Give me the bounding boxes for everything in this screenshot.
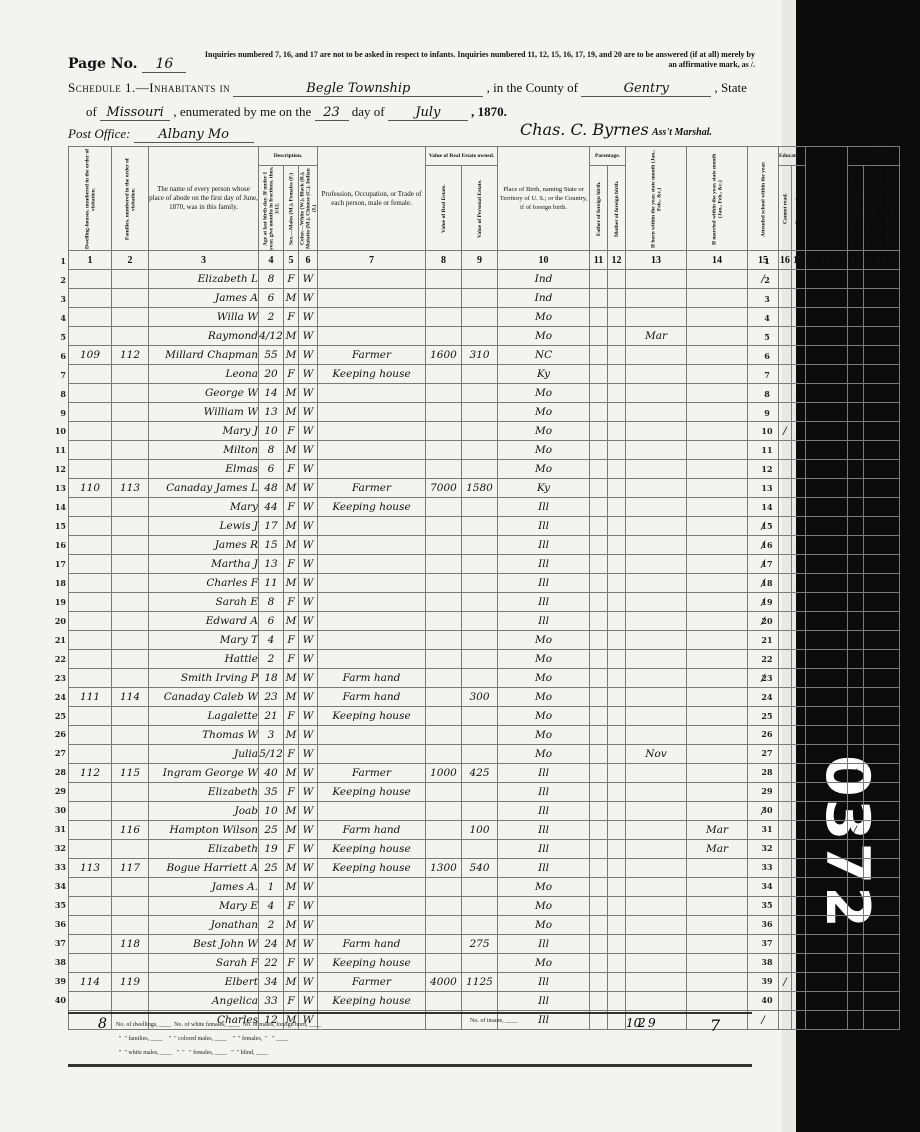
line-number: 21 [52, 631, 66, 650]
cell-c20 [863, 498, 899, 517]
cell-pe: 1125 [462, 973, 498, 992]
cell-dw: 112 [69, 764, 112, 783]
cell-re [426, 612, 462, 631]
cell-c14 [687, 935, 748, 954]
cell-c19 [847, 631, 863, 650]
cell-c18 [805, 783, 847, 802]
cell-write [791, 821, 805, 840]
cell-c20 [863, 384, 899, 403]
column-number: 3 [149, 251, 259, 270]
column-number: 10 [498, 251, 590, 270]
cell-birth: Ill [498, 555, 590, 574]
cell-occ: Keeping house [318, 707, 426, 726]
cell-occ: Keeping house [318, 992, 426, 1011]
cell-c20 [863, 270, 899, 289]
cell-occ [318, 745, 426, 764]
cell-c14 [687, 783, 748, 802]
cell-read [779, 460, 792, 479]
cell-sex: F [284, 650, 299, 669]
cell-pe [462, 745, 498, 764]
cell-name: Canaday James L [149, 479, 259, 498]
cell-pe [462, 384, 498, 403]
cell-f11 [590, 726, 608, 745]
cell-read [779, 688, 792, 707]
cell-re [426, 384, 462, 403]
cell-pe [462, 916, 498, 935]
cell-c19: / [847, 973, 863, 992]
cell-re [426, 403, 462, 422]
cell-f12 [608, 745, 626, 764]
cell-pe [462, 498, 498, 517]
cell-occ: Keeping house [318, 840, 426, 859]
cell-sex: M [284, 878, 299, 897]
cell-c14 [687, 916, 748, 935]
cell-c20 [863, 403, 899, 422]
cell-c14 [687, 764, 748, 783]
cell-write [791, 631, 805, 650]
cell-c14 [687, 479, 748, 498]
cell-c18 [805, 327, 847, 346]
cell-birth: NC [498, 346, 590, 365]
col-header-vote-denied: Male Citizens of U. S. of 21 years of ag… [863, 166, 899, 251]
cell-c19 [847, 726, 863, 745]
cell-write [791, 346, 805, 365]
cell-school [748, 973, 779, 992]
line-number: 32 [52, 839, 66, 858]
cell-c13 [626, 460, 687, 479]
column-number: 9 [462, 251, 498, 270]
cell-sex: F [284, 308, 299, 327]
cell-read [779, 878, 792, 897]
cell-sex: M [284, 612, 299, 631]
cell-c19 [847, 327, 863, 346]
cell-c19 [847, 878, 863, 897]
cell-read [779, 745, 792, 764]
cell-c14 [687, 707, 748, 726]
cell-c18 [805, 365, 847, 384]
cell-c14 [687, 441, 748, 460]
cell-age: 10 [259, 802, 284, 821]
cell-dw [69, 726, 112, 745]
line-number: 28 [52, 763, 66, 782]
cell-color: W [299, 878, 318, 897]
cell-read [779, 954, 792, 973]
cell-c19: / [847, 764, 863, 783]
cell-school [748, 992, 779, 1011]
cell-dw [69, 460, 112, 479]
cell-sex: F [284, 460, 299, 479]
cell-write [791, 992, 805, 1011]
cell-re [426, 821, 462, 840]
cell-c20 [863, 1011, 899, 1030]
cell-re: 1600 [426, 346, 462, 365]
cell-re [426, 954, 462, 973]
cell-sex: M [284, 802, 299, 821]
cell-birth: Mo [498, 327, 590, 346]
line-number: 25 [52, 707, 66, 726]
cell-f11 [590, 422, 608, 441]
column-number: 4 [259, 251, 284, 270]
cell-pe: 275 [462, 935, 498, 954]
cell-f12 [608, 422, 626, 441]
cell-c18 [805, 745, 847, 764]
cell-c14 [687, 422, 748, 441]
cell-f12 [608, 270, 626, 289]
line-number: 33 [52, 858, 66, 877]
cell-name: Millard Chapman [149, 346, 259, 365]
cell-re [426, 650, 462, 669]
cell-c13 [626, 631, 687, 650]
line-number: 10 [52, 422, 66, 441]
cell-birth: Mo [498, 688, 590, 707]
cell-re [426, 688, 462, 707]
cell-age: 18 [259, 669, 284, 688]
cell-c14 [687, 346, 748, 365]
cell-birth: Ill [498, 517, 590, 536]
cell-c18 [805, 688, 847, 707]
cell-re [426, 897, 462, 916]
post-office-line: Post Office: Albany Mo [68, 126, 254, 143]
table-row: Elmas6FWMo [69, 460, 900, 479]
cell-c20 [863, 973, 899, 992]
cell-f12 [608, 707, 626, 726]
cell-c14 [687, 650, 748, 669]
cell-c13: Nov [626, 745, 687, 764]
cell-name: Mary T [149, 631, 259, 650]
cell-fam [112, 574, 149, 593]
cell-f11 [590, 289, 608, 308]
cell-color: W [299, 308, 318, 327]
cell-age: 44 [259, 498, 284, 517]
cell-re [426, 935, 462, 954]
cell-c19 [847, 783, 863, 802]
dwellings-count: 8 [98, 1016, 107, 1032]
cell-fam: 116 [112, 821, 149, 840]
col-header-sex: Sex.—Males (M.), Females (F.) [284, 166, 299, 251]
cell-f12 [608, 308, 626, 327]
cell-age: 24 [259, 935, 284, 954]
cell-read [779, 707, 792, 726]
cell-f11 [590, 365, 608, 384]
cell-c13 [626, 441, 687, 460]
cell-c19 [847, 707, 863, 726]
cell-name: Elizabeth [149, 840, 259, 859]
cell-read [779, 631, 792, 650]
cell-color: W [299, 460, 318, 479]
cell-c19 [847, 270, 863, 289]
cell-c19 [847, 403, 863, 422]
group-header-education: Education. [779, 147, 806, 166]
cell-c20 [863, 441, 899, 460]
cell-write [791, 688, 805, 707]
cell-occ: Farm hand [318, 935, 426, 954]
cell-pe [462, 574, 498, 593]
cell-name: Mary J [149, 422, 259, 441]
table-row: 109112Millard Chapman55MWFarmer1600310NC… [69, 346, 900, 365]
group-header-description: Description. [259, 147, 318, 166]
cell-fam: 113 [112, 479, 149, 498]
cell-fam [112, 593, 149, 612]
cell-occ [318, 536, 426, 555]
cell-read: / [779, 422, 792, 441]
cell-school: / [748, 593, 779, 612]
cell-age: 40 [259, 764, 284, 783]
cell-c20 [863, 783, 899, 802]
cell-school [748, 764, 779, 783]
cell-c19 [847, 593, 863, 612]
cell-occ: Farmer [318, 973, 426, 992]
cell-c19 [847, 745, 863, 764]
cell-dw [69, 802, 112, 821]
cell-occ [318, 384, 426, 403]
cell-f11 [590, 650, 608, 669]
line-number: 1 [52, 252, 66, 271]
cell-f12 [608, 878, 626, 897]
cell-re [426, 878, 462, 897]
cell-pe [462, 897, 498, 916]
cell-pe: 100 [462, 821, 498, 840]
cell-pe [462, 327, 498, 346]
col-header-cannot-read: Cannot read. [779, 166, 792, 251]
cell-pe [462, 726, 498, 745]
cell-c18 [805, 878, 847, 897]
cell-c13: Mar [626, 327, 687, 346]
cell-c13 [626, 384, 687, 403]
cell-birth: Ind [498, 270, 590, 289]
cell-color: W [299, 821, 318, 840]
line-number: 3 [52, 290, 66, 309]
cell-occ [318, 916, 426, 935]
cell-birth: Mo [498, 422, 590, 441]
cell-dw [69, 555, 112, 574]
cell-c20 [863, 536, 899, 555]
page-number: 16 [142, 56, 186, 73]
cell-c13 [626, 783, 687, 802]
cell-f12 [608, 517, 626, 536]
cell-sex: M [284, 821, 299, 840]
cell-school: / [748, 270, 779, 289]
cell-read [779, 346, 792, 365]
cell-re [426, 289, 462, 308]
cell-c14 [687, 992, 748, 1011]
cell-pe [462, 669, 498, 688]
cell-write [791, 650, 805, 669]
column-number: 5 [284, 251, 299, 270]
cell-color: W [299, 802, 318, 821]
group-header-parentage: Parentage. [590, 147, 626, 166]
cell-occ [318, 441, 426, 460]
table-row: 113117Bogue Harriett A25MWKeeping house1… [69, 859, 900, 878]
cell-c14 [687, 308, 748, 327]
cell-color: W [299, 479, 318, 498]
cell-re [426, 840, 462, 859]
cell-name: James R [149, 536, 259, 555]
schedule-line: Schedule 1.—Inhabitants in Begle Townshi… [68, 80, 747, 97]
cell-sex: M [284, 536, 299, 555]
cell-age: 34 [259, 973, 284, 992]
total-read: 2 [638, 1016, 646, 1030]
cell-birth: Mo [498, 403, 590, 422]
year-label: , 1870. [471, 104, 507, 119]
table-row: Leona20FWKeeping houseKy [69, 365, 900, 384]
cell-re: 7000 [426, 479, 462, 498]
line-number: 9 [52, 404, 66, 423]
cell-color: W [299, 574, 318, 593]
cell-re [426, 992, 462, 1011]
cell-re [426, 745, 462, 764]
cell-c18 [805, 840, 847, 859]
cell-c18 [805, 517, 847, 536]
cell-c14 [687, 384, 748, 403]
cell-f12 [608, 764, 626, 783]
line-number: 29 [52, 782, 66, 801]
cell-pe [462, 992, 498, 1011]
cell-fam [112, 536, 149, 555]
cell-color: W [299, 840, 318, 859]
cell-c14 [687, 612, 748, 631]
cell-school [748, 422, 779, 441]
cell-fam [112, 498, 149, 517]
cell-school: / [748, 669, 779, 688]
cell-fam [112, 365, 149, 384]
cell-c14 [687, 688, 748, 707]
cell-dw [69, 441, 112, 460]
cell-sex: F [284, 422, 299, 441]
cell-read [779, 574, 792, 593]
cell-age: 25 [259, 821, 284, 840]
cell-dw [69, 289, 112, 308]
cell-read [779, 992, 792, 1011]
cell-c19 [847, 840, 863, 859]
cell-occ: Keeping house [318, 365, 426, 384]
column-number: 18 [805, 251, 847, 270]
cell-color: W [299, 669, 318, 688]
cell-occ: Farmer [318, 479, 426, 498]
cell-f11 [590, 707, 608, 726]
cell-occ: Farmer [318, 764, 426, 783]
cell-birth: Mo [498, 669, 590, 688]
cell-f12 [608, 365, 626, 384]
cell-f12 [608, 498, 626, 517]
cell-pe [462, 593, 498, 612]
cell-c18 [805, 308, 847, 327]
cell-name: James A. [149, 878, 259, 897]
cell-c20 [863, 612, 899, 631]
cell-birth: Mo [498, 916, 590, 935]
table-row: 114119Elbert34MWFarmer40001125Ill/// [69, 973, 900, 992]
cell-c18 [805, 1011, 847, 1030]
col-header-father-foreign: Father of foreign birth. [590, 166, 608, 251]
cell-f11 [590, 688, 608, 707]
cell-color: W [299, 992, 318, 1011]
line-number: 37 [52, 934, 66, 953]
cell-c14 [687, 631, 748, 650]
cell-pe [462, 365, 498, 384]
cell-occ: Farm hand [318, 669, 426, 688]
cell-c19 [847, 498, 863, 517]
cell-re [426, 517, 462, 536]
cell-f11 [590, 403, 608, 422]
page-number-label: Page No. 16 [68, 56, 186, 73]
cell-color: W [299, 859, 318, 878]
line-number: 12 [52, 460, 66, 479]
cell-age: 11 [259, 574, 284, 593]
cell-c18 [805, 479, 847, 498]
column-number: 1 [69, 251, 112, 270]
cell-f11 [590, 460, 608, 479]
cell-f12 [608, 726, 626, 745]
cell-write [791, 935, 805, 954]
cell-c20 [863, 821, 899, 840]
line-number: 16 [52, 536, 66, 555]
cell-dw: 110 [69, 479, 112, 498]
day-of-label: day of [352, 104, 385, 119]
cell-f11 [590, 764, 608, 783]
cell-age: 14 [259, 384, 284, 403]
cell-write [791, 479, 805, 498]
table-row: Hattie2FWMo [69, 650, 900, 669]
cell-pe [462, 555, 498, 574]
cell-write [791, 270, 805, 289]
cell-occ: Keeping house [318, 498, 426, 517]
cell-sex: M [284, 517, 299, 536]
cell-c14 [687, 327, 748, 346]
cell-c18 [805, 992, 847, 1011]
cell-f11 [590, 612, 608, 631]
cell-dw [69, 631, 112, 650]
group-header-value: Value of Real Estate owned. [426, 147, 498, 166]
cell-dw [69, 669, 112, 688]
cell-c18 [805, 935, 847, 954]
state-label: , State [714, 80, 747, 95]
month-field: July [388, 105, 468, 121]
cell-c18 [805, 536, 847, 555]
col-header-married-within-year: If married within the year, state month … [687, 147, 748, 251]
cell-pe: 1580 [462, 479, 498, 498]
cell-f11 [590, 536, 608, 555]
cell-c19 [847, 916, 863, 935]
cell-fam: 118 [112, 935, 149, 954]
cell-write [791, 1011, 805, 1030]
cell-color: W [299, 384, 318, 403]
cell-occ [318, 878, 426, 897]
cell-school [748, 745, 779, 764]
line-number: 19 [52, 593, 66, 612]
cell-c18 [805, 593, 847, 612]
cell-re [426, 270, 462, 289]
cell-c18 [805, 726, 847, 745]
table-row: Mary44FWKeeping houseIll/ [69, 498, 900, 517]
cell-name: Milton [149, 441, 259, 460]
cell-occ [318, 327, 426, 346]
cell-sex: F [284, 745, 299, 764]
cell-school [748, 403, 779, 422]
cell-write [791, 897, 805, 916]
table-row: Jonathan2MWMo [69, 916, 900, 935]
line-number: 15 [52, 517, 66, 536]
cell-re [426, 916, 462, 935]
post-office-field: Albany Mo [134, 127, 254, 143]
enumerated-label: , enumerated by me on the [173, 104, 311, 119]
cell-f11 [590, 992, 608, 1011]
cell-c13 [626, 935, 687, 954]
cell-name: Lewis J [149, 517, 259, 536]
cell-occ [318, 460, 426, 479]
cell-read [779, 612, 792, 631]
insane-label: No. of insane, ____ [470, 1018, 517, 1024]
cell-read [779, 289, 792, 308]
cell-c18 [805, 707, 847, 726]
